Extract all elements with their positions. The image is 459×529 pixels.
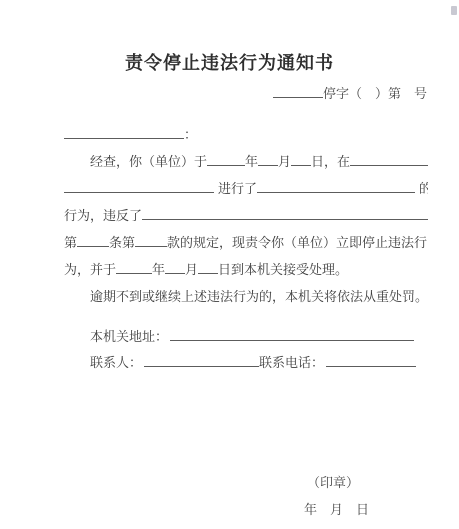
doc-number-blank bbox=[273, 84, 323, 98]
contact-person-blank bbox=[144, 353, 259, 367]
contact-phone-blank bbox=[326, 353, 416, 367]
contact-person-label: 联系人： bbox=[90, 355, 142, 370]
date-placeholder: 年 月 日 bbox=[304, 502, 369, 517]
body-line-warning: 逾期不到或继续上述违法行为的，本机关将依法从重处罚。 bbox=[64, 283, 428, 310]
body-line-article: 第条第款的规定，现责令你（单位）立即停止违法行 bbox=[64, 229, 428, 256]
deadline-year-blank bbox=[116, 260, 152, 274]
body-text: 月 bbox=[278, 154, 291, 169]
body-line-violation: 行为，违反了 bbox=[64, 202, 428, 229]
body-text: 年 bbox=[152, 262, 165, 277]
body-line-deadline: 为，并于年月日到本机关接受处理。 bbox=[64, 256, 428, 283]
day-blank bbox=[291, 152, 311, 166]
body-text: 进行了 bbox=[218, 181, 257, 196]
body-text: 经查，你（单位）于 bbox=[90, 154, 207, 169]
body-text: 逾期不到或继续上述违法行为的，本机关将依法从重处罚。 bbox=[90, 289, 428, 304]
document-body: ： 经查，你（单位）于年月日，在 进行了的 行为，违反了 第条第款的规定，现责令… bbox=[64, 121, 428, 310]
agency-address-line: 本机关地址： bbox=[90, 324, 428, 350]
document-page: 责令停止违法行为通知书 停字（ ）第 号 ： 经查，你（单位）于年月日，在 进行… bbox=[0, 0, 459, 529]
body-text: 款的规定，现责令你（单位）立即停止违法行 bbox=[167, 235, 427, 250]
body-text: 为，并于 bbox=[64, 262, 116, 277]
body-text: 年 bbox=[245, 154, 258, 169]
month-blank bbox=[258, 152, 278, 166]
body-text: 条第 bbox=[109, 235, 135, 250]
contact-phone-label: 联系电话： bbox=[259, 355, 324, 370]
body-text: 月 bbox=[185, 262, 198, 277]
doc-number-line: 停字（ ）第 号 bbox=[0, 84, 459, 103]
agency-address-blank bbox=[170, 327, 414, 341]
seal-placeholder: （印章） bbox=[307, 475, 359, 490]
article-blank bbox=[77, 233, 109, 247]
document-title: 责令停止违法行为通知书 bbox=[0, 0, 459, 76]
law-blank bbox=[142, 206, 428, 220]
seal-line: （印章） bbox=[0, 469, 459, 496]
location-blank-continued bbox=[64, 179, 214, 193]
signature-block: （印章） 年 月 日 bbox=[0, 469, 459, 523]
addressee-line: ： bbox=[64, 121, 428, 148]
clause-blank bbox=[135, 233, 167, 247]
contact-block: 本机关地址： 联系人：联系电话： bbox=[90, 324, 428, 376]
deadline-month-blank bbox=[165, 260, 185, 274]
location-blank bbox=[350, 152, 428, 166]
body-text: 的 bbox=[419, 181, 428, 196]
year-blank bbox=[207, 152, 245, 166]
addressee-blank bbox=[64, 125, 184, 139]
action-blank bbox=[257, 179, 415, 193]
agency-address-label: 本机关地址： bbox=[90, 329, 168, 344]
deadline-day-blank bbox=[198, 260, 218, 274]
body-text: 日到本机关接受处理。 bbox=[218, 262, 348, 277]
body-text: 日，在 bbox=[311, 154, 350, 169]
body-line-action: 进行了的 bbox=[64, 175, 428, 202]
doc-number-text: 停字（ ）第 号 bbox=[323, 86, 427, 101]
addressee-colon: ： bbox=[184, 127, 197, 142]
corner-artifact bbox=[451, 6, 457, 15]
date-line: 年 月 日 bbox=[0, 496, 459, 523]
body-text: 第 bbox=[64, 235, 77, 250]
body-line-investigation: 经查，你（单位）于年月日，在 bbox=[64, 148, 428, 175]
contact-person-line: 联系人：联系电话： bbox=[90, 350, 428, 376]
body-text: 行为，违反了 bbox=[64, 208, 142, 223]
